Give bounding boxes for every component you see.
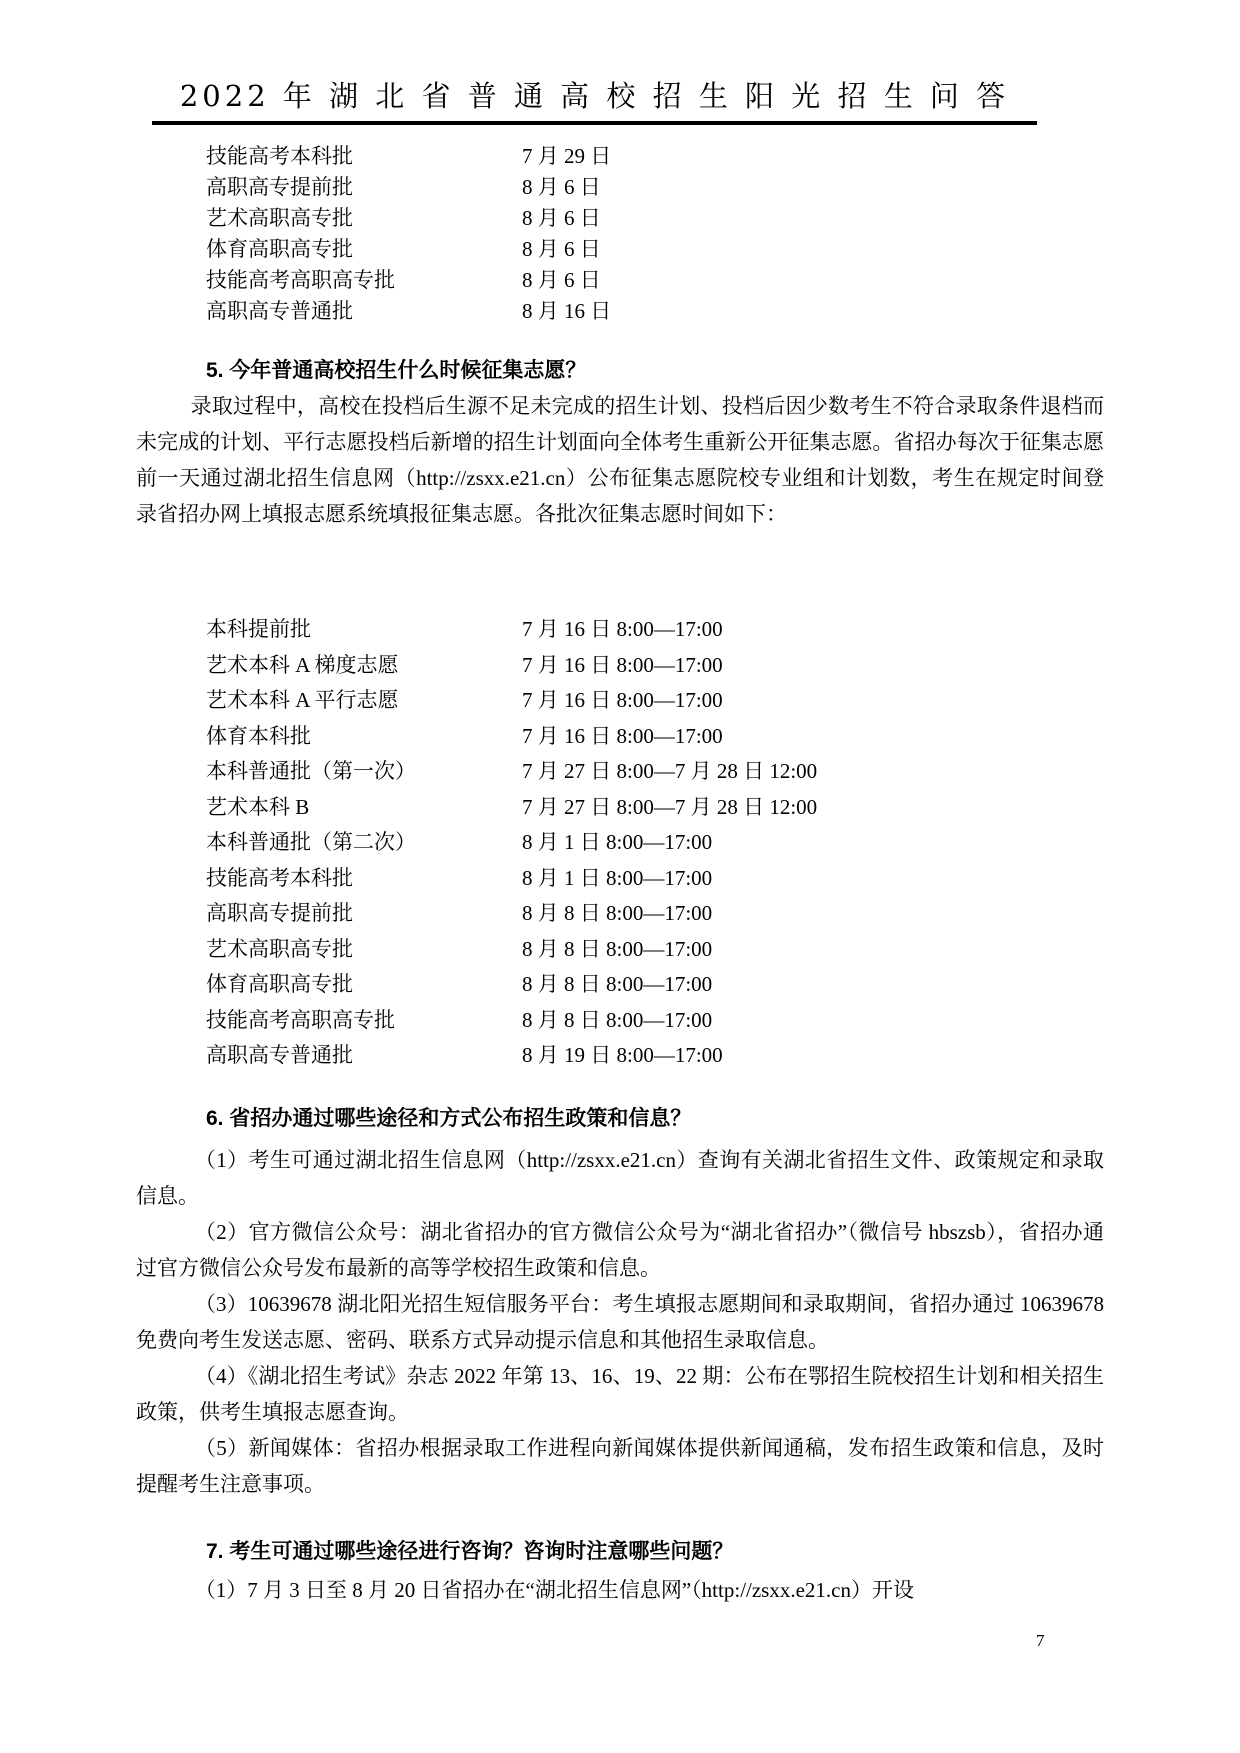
page-number: 7 — [1036, 1630, 1045, 1652]
batch-name: 体育本科批 — [136, 719, 522, 755]
batch-name: 艺术本科 B — [136, 790, 522, 826]
question-5-heading: 5. 今年普通高校招生什么时候征集志愿？ — [136, 356, 1104, 386]
batch-time: 8 月 8 日 8:00—17:00 — [522, 932, 1104, 968]
table-row: 体育高职高专批 8 月 8 日 8:00—17:00 — [136, 967, 1104, 1003]
release-date-table: 技能高考本科批 7 月 29 日 高职高专提前批 8 月 6 日 艺术高职高专批… — [136, 141, 1104, 327]
page-title: 2022 年 湖 北 省 普 通 高 校 招 生 阳 光 招 生 问 答 — [152, 78, 1037, 114]
table-row: 高职高专提前批 8 月 8 日 8:00—17:00 — [136, 896, 1104, 932]
batch-date: 8 月 16 日 — [522, 296, 1104, 327]
batch-name: 本科普通批（第二次） — [136, 825, 522, 861]
batch-time: 7 月 27 日 8:00—7 月 28 日 12:00 — [522, 754, 1104, 790]
list-item: （2）官方微信公众号：湖北省招办的官方微信公众号为“湖北省招办”（微信号 hbs… — [136, 1214, 1104, 1286]
batch-date: 8 月 6 日 — [522, 265, 1104, 296]
table-row: 艺术本科 B 7 月 27 日 8:00—7 月 28 日 12:00 — [136, 790, 1104, 826]
batch-name: 本科提前批 — [136, 612, 522, 648]
batch-time: 7 月 16 日 8:00—17:00 — [522, 683, 1104, 719]
list-item: （5）新闻媒体：省招办根据录取工作进程向新闻媒体提供新闻通稿，发布招生政策和信息… — [136, 1430, 1104, 1502]
batch-name: 艺术高职高专批 — [136, 932, 522, 968]
list-item: （4）《湖北招生考试》杂志 2022 年第 13、16、19、22 期：公布在鄂… — [136, 1358, 1104, 1430]
batch-time: 7 月 27 日 8:00—7 月 28 日 12:00 — [522, 790, 1104, 826]
batch-time: 8 月 8 日 8:00—17:00 — [522, 896, 1104, 932]
batch-name: 体育高职高专批 — [136, 234, 522, 265]
batch-name: 艺术本科 A 平行志愿 — [136, 683, 522, 719]
batch-name: 技能高考高职高专批 — [136, 265, 522, 296]
batch-time: 7 月 16 日 8:00—17:00 — [522, 612, 1104, 648]
batch-date: 8 月 6 日 — [522, 203, 1104, 234]
batch-name: 艺术高职高专批 — [136, 203, 522, 234]
batch-time: 8 月 8 日 8:00—17:00 — [522, 1003, 1104, 1039]
table-row: 艺术本科 A 平行志愿 7 月 16 日 8:00—17:00 — [136, 683, 1104, 719]
table-row: 本科普通批（第二次） 8 月 1 日 8:00—17:00 — [136, 825, 1104, 861]
batch-name: 高职高专普通批 — [136, 296, 522, 327]
table-row: 高职高专普通批 8 月 19 日 8:00—17:00 — [136, 1038, 1104, 1074]
question-6-heading: 6. 省招办通过哪些途径和方式公布招生政策和信息？ — [136, 1104, 1104, 1134]
table-row: 体育高职高专批 8 月 6 日 — [136, 234, 1104, 265]
batch-date: 8 月 6 日 — [522, 172, 1104, 203]
table-row: 高职高专普通批 8 月 16 日 — [136, 296, 1104, 327]
batch-name: 高职高专普通批 — [136, 1038, 522, 1074]
batch-date: 8 月 6 日 — [522, 234, 1104, 265]
batch-name: 艺术本科 A 梯度志愿 — [136, 648, 522, 684]
table-row: 体育本科批 7 月 16 日 8:00—17:00 — [136, 719, 1104, 755]
batch-name: 技能高考本科批 — [136, 141, 522, 172]
batch-time: 8 月 19 日 8:00—17:00 — [522, 1038, 1104, 1074]
question-5-body: 录取过程中，高校在投档后生源不足未完成的招生计划、投档后因少数考生不符合录取条件… — [136, 388, 1104, 532]
batch-name: 本科普通批（第一次） — [136, 754, 522, 790]
question-7-heading: 7. 考生可通过哪些途径进行咨询？咨询时注意哪些问题？ — [136, 1537, 1104, 1567]
batch-name: 技能高考本科批 — [136, 861, 522, 897]
batch-name: 体育高职高专批 — [136, 967, 522, 1003]
document-page: 2022 年 湖 北 省 普 通 高 校 招 生 阳 光 招 生 问 答 技能高… — [0, 0, 1240, 1753]
collect-volunteer-time-table: 本科提前批 7 月 16 日 8:00—17:00 艺术本科 A 梯度志愿 7 … — [136, 612, 1104, 1074]
question-6-body: （1）考生可通过湖北招生信息网（http://zsxx.e21.cn）查询有关湖… — [136, 1142, 1104, 1502]
table-row: 技能高考高职高专批 8 月 8 日 8:00—17:00 — [136, 1003, 1104, 1039]
batch-name: 高职高专提前批 — [136, 172, 522, 203]
batch-time: 8 月 1 日 8:00—17:00 — [522, 825, 1104, 861]
paragraph: （1）7 月 3 日至 8 月 20 日省招办在“湖北招生信息网”（http:/… — [136, 1572, 1104, 1608]
table-row: 本科提前批 7 月 16 日 8:00—17:00 — [136, 612, 1104, 648]
table-row: 技能高考高职高专批 8 月 6 日 — [136, 265, 1104, 296]
table-row: 技能高考本科批 7 月 29 日 — [136, 141, 1104, 172]
batch-time: 8 月 1 日 8:00—17:00 — [522, 861, 1104, 897]
table-row: 高职高专提前批 8 月 6 日 — [136, 172, 1104, 203]
table-row: 艺术本科 A 梯度志愿 7 月 16 日 8:00—17:00 — [136, 648, 1104, 684]
paragraph: 录取过程中，高校在投档后生源不足未完成的招生计划、投档后因少数考生不符合录取条件… — [136, 388, 1104, 532]
batch-name: 高职高专提前批 — [136, 896, 522, 932]
batch-name: 技能高考高职高专批 — [136, 1003, 522, 1039]
document-header: 2022 年 湖 北 省 普 通 高 校 招 生 阳 光 招 生 问 答 — [152, 78, 1037, 125]
table-row: 技能高考本科批 8 月 1 日 8:00—17:00 — [136, 861, 1104, 897]
batch-time: 7 月 16 日 8:00—17:00 — [522, 719, 1104, 755]
batch-date: 7 月 29 日 — [522, 141, 1104, 172]
table-row: 本科普通批（第一次） 7 月 27 日 8:00—7 月 28 日 12:00 — [136, 754, 1104, 790]
table-row: 艺术高职高专批 8 月 6 日 — [136, 203, 1104, 234]
batch-time: 7 月 16 日 8:00—17:00 — [522, 648, 1104, 684]
list-item: （1）考生可通过湖北招生信息网（http://zsxx.e21.cn）查询有关湖… — [136, 1142, 1104, 1214]
table-row: 艺术高职高专批 8 月 8 日 8:00—17:00 — [136, 932, 1104, 968]
list-item: （3）10639678 湖北阳光招生短信服务平台：考生填报志愿期间和录取期间，省… — [136, 1286, 1104, 1358]
batch-time: 8 月 8 日 8:00—17:00 — [522, 967, 1104, 1003]
question-7-body: （1）7 月 3 日至 8 月 20 日省招办在“湖北招生信息网”（http:/… — [136, 1572, 1104, 1608]
